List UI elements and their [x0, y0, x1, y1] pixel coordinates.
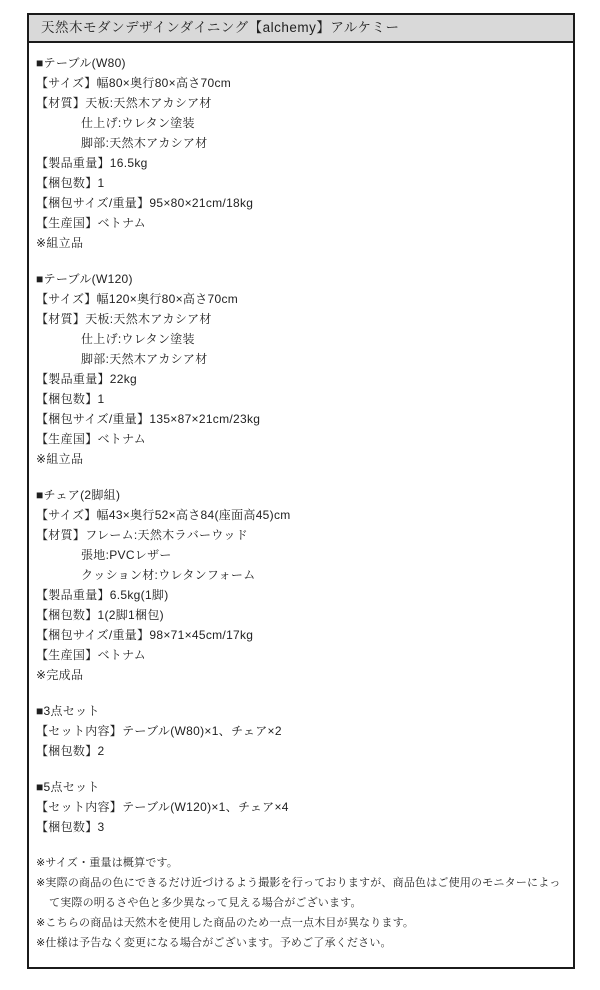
sections-container: ■テーブル(W80)【サイズ】幅80×奥行80×高さ70cm【材質】天板:天然木… [36, 53, 565, 837]
spec-line: 【製品重量】22kg [36, 369, 565, 389]
section-heading: ■5点セット [36, 777, 565, 797]
spec-line: 【生産国】ベトナム [36, 429, 565, 449]
spec-line: 脚部:天然木アカシア材 [36, 133, 565, 153]
spec-line: 【梱包数】2 [36, 741, 565, 761]
section-heading: ■テーブル(W120) [36, 269, 565, 289]
spec-line: クッション材:ウレタンフォーム [36, 565, 565, 585]
section-heading: ■テーブル(W80) [36, 53, 565, 73]
product-title-bar: 天然木モダンデザインダイニング【alchemy】アルケミー [29, 15, 573, 43]
spec-line: 【セット内容】テーブル(W80)×1、チェア×2 [36, 721, 565, 741]
note-line: て実際の明るさや色と多少異なって見える場合がございます。 [36, 893, 565, 913]
spec-line: 仕上げ:ウレタン塗装 [36, 329, 565, 349]
spec-line: 【材質】フレーム:天然木ラバーウッド [36, 525, 565, 545]
spec-line: 【製品重量】16.5kg [36, 153, 565, 173]
note-line: ※実際の商品の色にできるだけ近づけるよう撮影を行っておりますが、商品色はご使用の… [36, 873, 565, 893]
spec-line: 張地:PVCレザー [36, 545, 565, 565]
spec-line: 【生産国】ベトナム [36, 645, 565, 665]
spec-line: 脚部:天然木アカシア材 [36, 349, 565, 369]
spec-line: 【生産国】ベトナム [36, 213, 565, 233]
note-line: ※仕様は予告なく変更になる場合がございます。予めご了承ください。 [36, 933, 565, 953]
section-heading: ■チェア(2脚組) [36, 485, 565, 505]
spec-line: 【梱包サイズ/重量】135×87×21cm/23kg [36, 409, 565, 429]
spec-line: 【梱包数】3 [36, 817, 565, 837]
spec-section: ■5点セット【セット内容】テーブル(W120)×1、チェア×4【梱包数】3 [36, 777, 565, 837]
section-heading: ■3点セット [36, 701, 565, 721]
note-line: ※サイズ・重量は概算です。 [36, 853, 565, 873]
note-line: ※こちらの商品は天然木を使用した商品のため一点一点木目が異なります。 [36, 913, 565, 933]
spec-line: 【材質】天板:天然木アカシア材 [36, 93, 565, 113]
spec-line: 【梱包サイズ/重量】98×71×45cm/17kg [36, 625, 565, 645]
spec-section: ■3点セット【セット内容】テーブル(W80)×1、チェア×2【梱包数】2 [36, 701, 565, 761]
spec-body: ■テーブル(W80)【サイズ】幅80×奥行80×高さ70cm【材質】天板:天然木… [29, 43, 573, 967]
spec-line: 【サイズ】幅120×奥行80×高さ70cm [36, 289, 565, 309]
spec-line: 仕上げ:ウレタン塗装 [36, 113, 565, 133]
spec-line: 【サイズ】幅80×奥行80×高さ70cm [36, 73, 565, 93]
notes-container: ※サイズ・重量は概算です。※実際の商品の色にできるだけ近づけるよう撮影を行ってお… [36, 853, 565, 953]
spec-line: 【セット内容】テーブル(W120)×1、チェア×4 [36, 797, 565, 817]
spec-line: 【梱包数】1 [36, 389, 565, 409]
spec-line: 【梱包サイズ/重量】95×80×21cm/18kg [36, 193, 565, 213]
spec-line: 【梱包数】1 [36, 173, 565, 193]
spec-line: 【梱包数】1(2脚1梱包) [36, 605, 565, 625]
product-title: 天然木モダンデザインダイニング【alchemy】アルケミー [41, 20, 400, 35]
spec-section: ■テーブル(W120)【サイズ】幅120×奥行80×高さ70cm【材質】天板:天… [36, 269, 565, 469]
spec-line: ※組立品 [36, 233, 565, 253]
spec-sheet: 天然木モダンデザインダイニング【alchemy】アルケミー ■テーブル(W80)… [27, 13, 575, 969]
spec-section: ■チェア(2脚組)【サイズ】幅43×奥行52×高さ84(座面高45)cm【材質】… [36, 485, 565, 685]
spec-line: 【材質】天板:天然木アカシア材 [36, 309, 565, 329]
spec-section: ■テーブル(W80)【サイズ】幅80×奥行80×高さ70cm【材質】天板:天然木… [36, 53, 565, 253]
spec-line: ※組立品 [36, 449, 565, 469]
spec-line: 【製品重量】6.5kg(1脚) [36, 585, 565, 605]
spec-line: 【サイズ】幅43×奥行52×高さ84(座面高45)cm [36, 505, 565, 525]
spec-line: ※完成品 [36, 665, 565, 685]
